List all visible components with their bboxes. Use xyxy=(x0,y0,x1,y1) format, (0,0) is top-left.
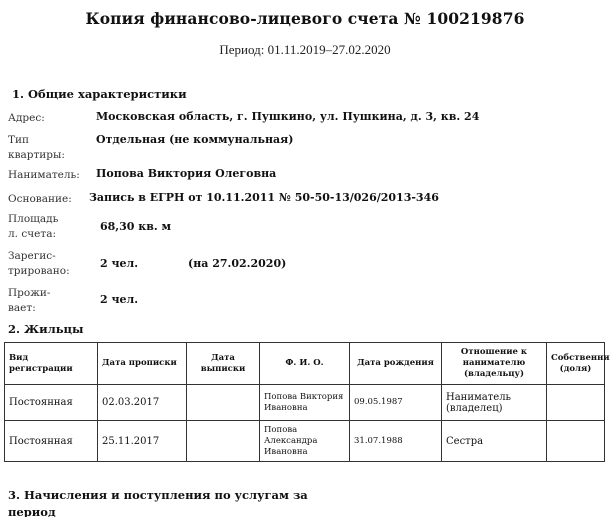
cell-discharge-date xyxy=(187,421,260,462)
cell-relation: Сестра xyxy=(442,421,547,462)
cell-owner-share xyxy=(547,385,605,421)
cell-owner-share xyxy=(547,421,605,462)
table-row: Постоянная 02.03.2017 Попова Виктория Ив… xyxy=(5,385,605,421)
living-label-line2: вает: xyxy=(8,301,50,316)
cell-discharge-date xyxy=(187,385,260,421)
cell-full-name: Попова Александра Ивановна xyxy=(260,421,350,462)
basis-value: Запись в ЕГРН от 10.11.2011 № 50-50-13/0… xyxy=(89,191,439,204)
document-title: Копия финансово-лицевого счета № 1002198… xyxy=(0,9,610,28)
area-label-line2: л. счета: xyxy=(8,227,58,242)
residents-table-header: Вид регистрации Дата прописки Дата выпис… xyxy=(5,343,605,385)
registered-value: 2 чел. xyxy=(100,257,138,270)
registered-label-line2: трировано: xyxy=(8,264,70,279)
apartment-type-label: Тип квартиры: xyxy=(8,133,65,163)
apartment-type-label-line2: квартиры: xyxy=(8,148,65,163)
address-value: Московская область, г. Пушкино, ул. Пушк… xyxy=(96,110,479,123)
area-label-line1: Площадь xyxy=(8,212,58,227)
table-row: Постоянная 25.11.2017 Попова Александра … xyxy=(5,421,605,462)
cell-birth-date: 09.05.1987 xyxy=(350,385,442,421)
col-header-reg-date: Дата прописки xyxy=(98,343,187,385)
section-charges-title-line1: 3. Начисления и поступления по услугам з… xyxy=(8,487,308,504)
col-header-owner-share: Собственник (доля) xyxy=(547,343,605,385)
apartment-type-value: Отдельная (не коммунальная) xyxy=(96,133,294,146)
section-general-title: 1. Общие характеристики xyxy=(12,87,187,101)
address-label: Адрес: xyxy=(8,111,45,126)
cell-reg-type: Постоянная xyxy=(5,385,98,421)
document-period: Период: 01.11.2019–27.02.2020 xyxy=(0,42,610,58)
living-value: 2 чел. xyxy=(100,293,138,306)
col-header-full-name: Ф. И. О. xyxy=(260,343,350,385)
col-header-discharge-date: Дата выписки xyxy=(187,343,260,385)
living-label: Прожи- вает: xyxy=(8,286,50,316)
section-charges-title: 3. Начисления и поступления по услугам з… xyxy=(8,487,308,517)
area-value: 68,30 кв. м xyxy=(100,220,171,233)
section-charges-title-line2: период xyxy=(8,504,308,517)
registered-label-line1: Зарегис- xyxy=(8,249,70,264)
cell-reg-date: 25.11.2017 xyxy=(98,421,187,462)
living-label-line1: Прожи- xyxy=(8,286,50,301)
section-residents-title: 2. Жильцы xyxy=(8,322,84,336)
col-header-birth-date: Дата рождения xyxy=(350,343,442,385)
tenant-label: Наниматель: xyxy=(8,168,80,183)
area-label: Площадь л. счета: xyxy=(8,212,58,242)
registered-date-note: (на 27.02.2020) xyxy=(188,257,286,270)
residents-table: Вид регистрации Дата прописки Дата выпис… xyxy=(4,342,605,462)
cell-full-name: Попова Виктория Ивановна xyxy=(260,385,350,421)
tenant-value: Попова Виктория Олеговна xyxy=(96,167,276,180)
cell-reg-type: Постоянная xyxy=(5,421,98,462)
col-header-reg-type: Вид регистрации xyxy=(5,343,98,385)
apartment-type-label-line1: Тип xyxy=(8,133,65,148)
registered-label: Зарегис- трировано: xyxy=(8,249,70,279)
col-header-relation: Отношение к нанимателю (владельцу) xyxy=(442,343,547,385)
cell-birth-date: 31.07.1988 xyxy=(350,421,442,462)
cell-relation: Наниматель (владелец) xyxy=(442,385,547,421)
basis-label: Основание: xyxy=(8,192,72,207)
cell-reg-date: 02.03.2017 xyxy=(98,385,187,421)
